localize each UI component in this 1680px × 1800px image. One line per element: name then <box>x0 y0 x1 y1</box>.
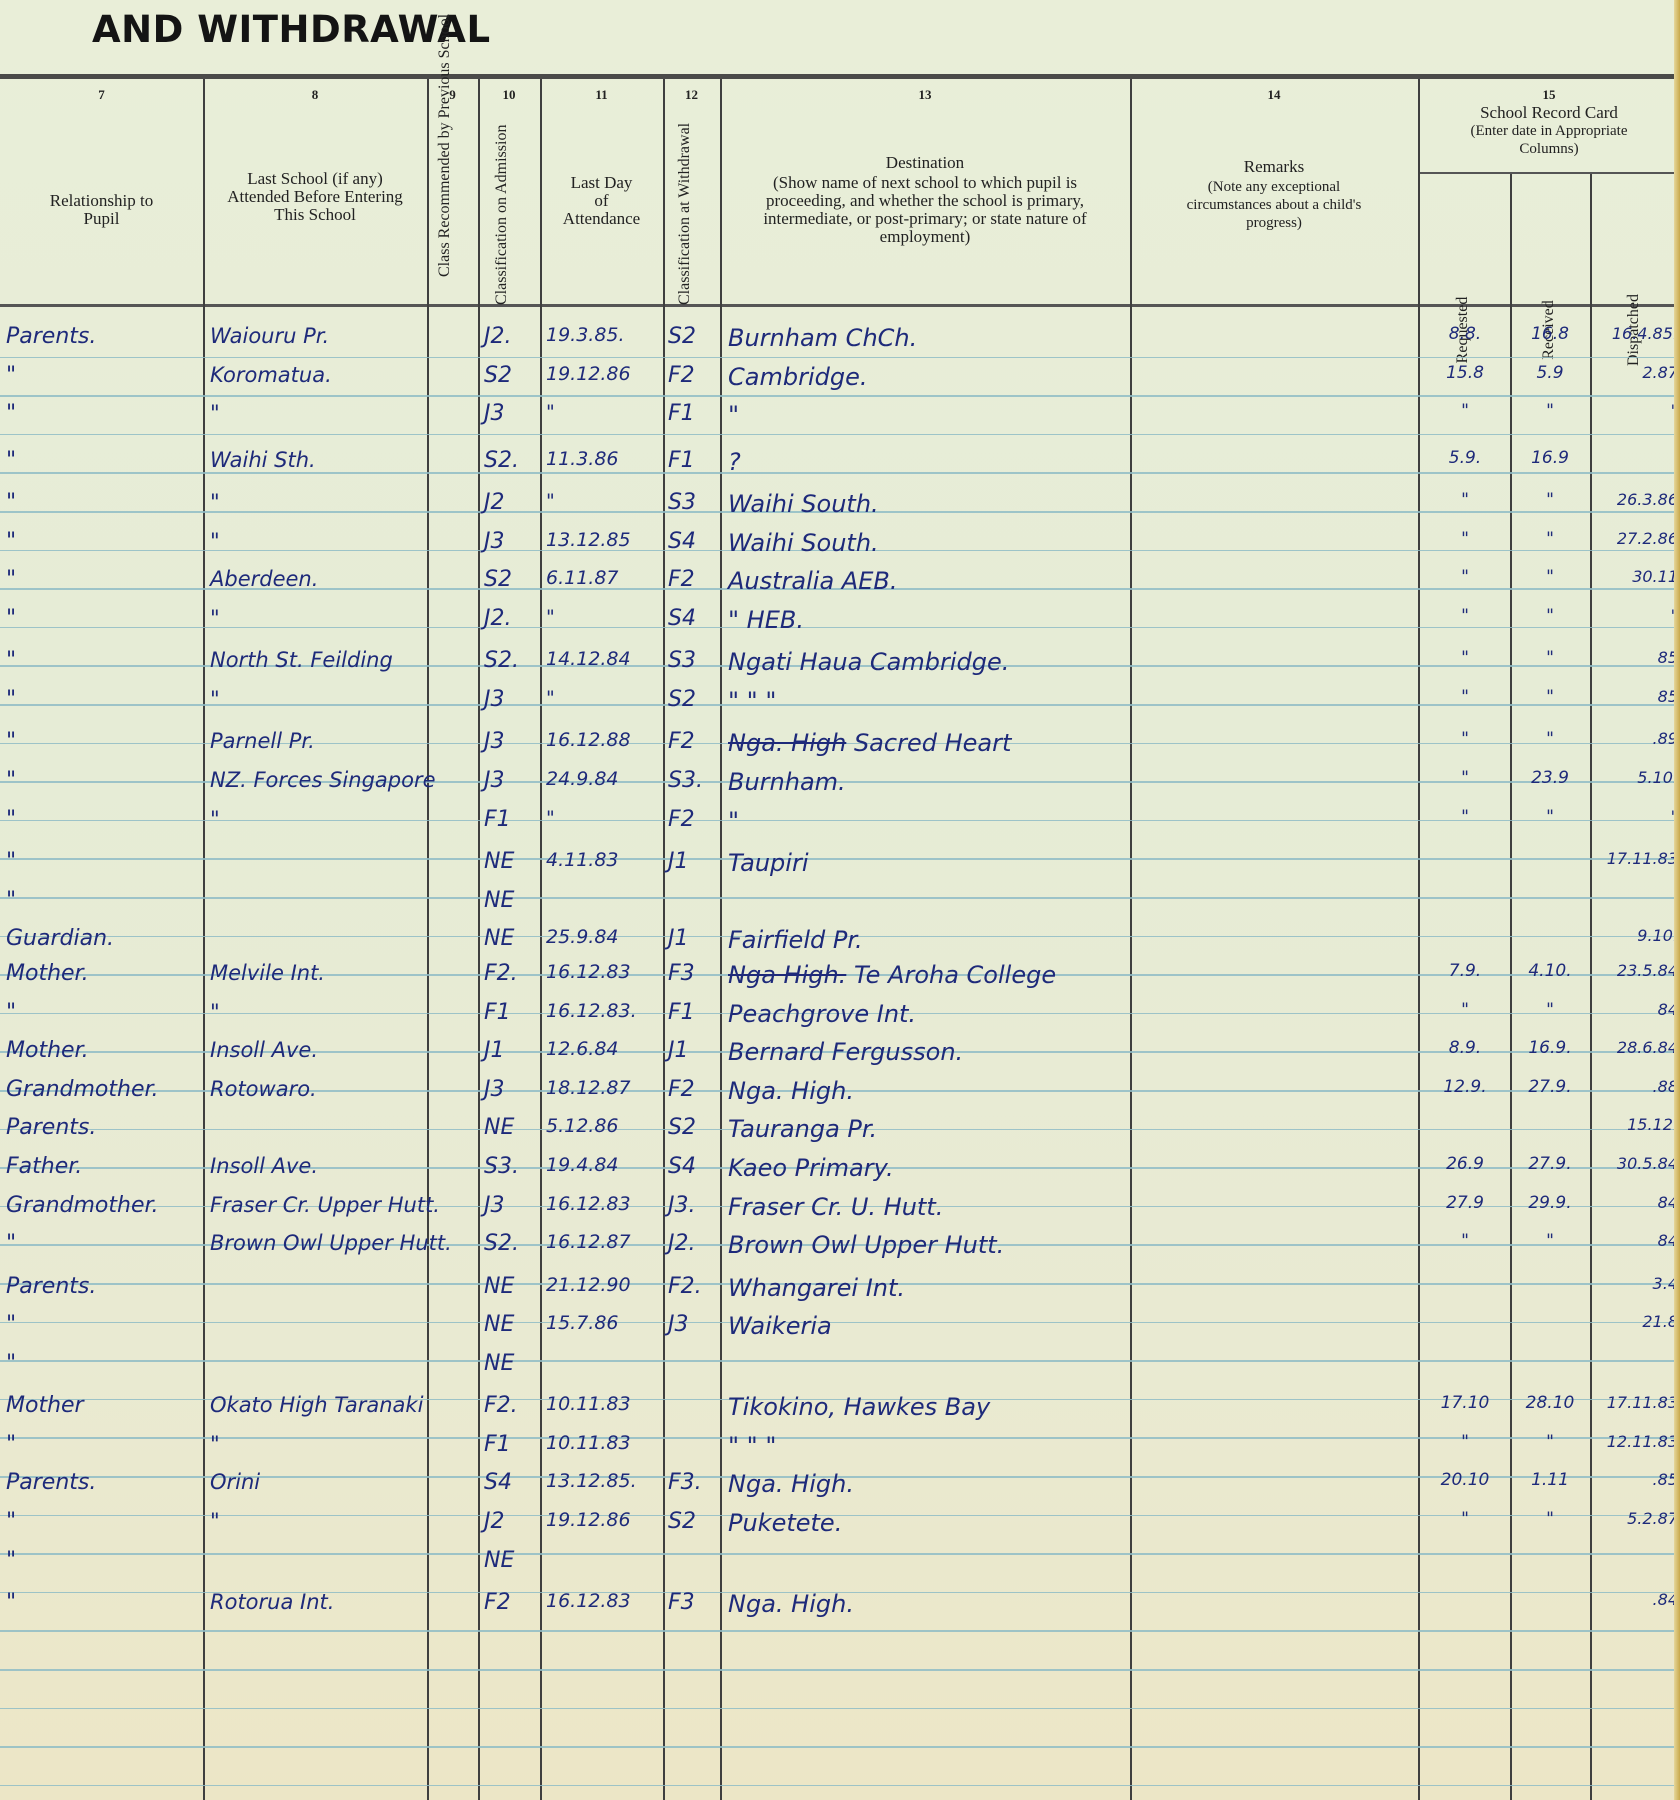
relationship-cell: " <box>6 648 201 673</box>
record-requested-cell: " <box>1424 401 1506 421</box>
relationship-cell: " <box>6 606 201 631</box>
record-received-cell: 16.9 <box>1514 448 1586 468</box>
class-admission-cell: F2. <box>484 1393 538 1418</box>
record-received-cell: " <box>1514 807 1586 827</box>
column-divider <box>663 79 665 1800</box>
record-requested-cell: 15.8 <box>1424 363 1506 383</box>
class-admission-cell: J3 <box>484 1193 538 1218</box>
class-withdrawal-cell: F2. <box>668 1274 718 1299</box>
record-dispatched-cell: " <box>1594 606 1678 625</box>
ruled-line <box>0 357 1680 359</box>
class-withdrawal-cell: S2 <box>668 1115 718 1140</box>
record-received-cell: " <box>1514 567 1586 587</box>
class-admission-cell: NE <box>484 1274 538 1299</box>
record-dispatched-cell: 85 <box>1594 687 1678 706</box>
column-divider <box>478 79 480 1800</box>
last-day-cell: 16.12.83 <box>546 1193 661 1215</box>
last-day-cell: 10.11.83 <box>546 1432 661 1454</box>
last-day-cell: 6.11.87 <box>546 567 661 589</box>
record-received-cell: " <box>1514 1231 1586 1251</box>
header-col-8: 8 Last School (if any) Attended Before E… <box>203 82 427 302</box>
record-requested-cell: " <box>1424 567 1506 587</box>
record-requested-cell: 8.9. <box>1424 1038 1506 1058</box>
record-received-cell: " <box>1514 1432 1586 1452</box>
destination-cell: Cambridge. <box>728 363 1128 391</box>
class-withdrawal-cell: F2 <box>668 1077 718 1102</box>
record-requested-cell: " <box>1424 1231 1506 1251</box>
relationship-cell: " <box>6 1351 201 1376</box>
record-received-cell: " <box>1514 606 1586 626</box>
record-received-cell: 23.9 <box>1514 768 1586 788</box>
relationship-cell: " <box>6 849 201 874</box>
last-day-cell: 19.3.85. <box>546 324 661 346</box>
last-school-cell: " <box>210 687 425 711</box>
last-school-cell: " <box>210 401 425 425</box>
last-day-cell: 16.12.83 <box>546 961 661 983</box>
ruled-line <box>0 395 1680 397</box>
last-day-cell: 19.12.86 <box>546 363 661 385</box>
last-day-cell: 25.9.84 <box>546 926 661 948</box>
class-admission-cell: S2 <box>484 567 538 592</box>
ruled-line <box>0 1630 1680 1632</box>
header-col-10: 10 Classification on Admission <box>478 82 540 302</box>
record-received-cell: " <box>1514 648 1586 668</box>
destination-cell: Brown Owl Upper Hutt. <box>728 1231 1128 1259</box>
destination-text: Sacred Heart <box>846 729 1011 757</box>
record-requested-cell: 5.9. <box>1424 448 1506 468</box>
header-col-7: 7 Relationship to Pupil <box>0 82 203 302</box>
class-admission-cell: F2 <box>484 1590 538 1615</box>
record-received-cell: 1.11 <box>1514 1470 1586 1490</box>
class-withdrawal-cell: F1 <box>668 401 718 426</box>
record-dispatched-cell: 12.11.83 <box>1594 1432 1678 1451</box>
last-school-cell: Brown Owl Upper Hutt. <box>210 1231 425 1255</box>
destination-cell: " HEB. <box>728 606 1128 634</box>
relationship-cell: " <box>6 1000 201 1025</box>
last-school-cell: " <box>210 807 425 831</box>
last-day-cell: 14.12.84 <box>546 648 661 670</box>
last-day-cell: 19.12.86 <box>546 1509 661 1531</box>
ruled-line <box>0 1553 1680 1555</box>
destination-cell: Nga. High. <box>728 1590 1128 1618</box>
last-day-cell: 15.7.86 <box>546 1312 661 1334</box>
last-day-cell: 16.12.83. <box>546 1000 661 1022</box>
record-dispatched-cell: 28.6.84 <box>1594 1038 1678 1057</box>
record-received-cell: " <box>1514 529 1586 549</box>
destination-cell: Bernard Fergusson. <box>728 1038 1128 1066</box>
destination-cell: Fraser Cr. U. Hutt. <box>728 1193 1128 1221</box>
class-withdrawal-cell: F1 <box>668 1000 718 1025</box>
class-withdrawal-cell: S4 <box>668 529 718 554</box>
class-withdrawal-cell: F1 <box>668 448 718 473</box>
record-requested-cell: " <box>1424 687 1506 707</box>
record-requested-cell: " <box>1424 606 1506 626</box>
last-day-cell: 12.6.84 <box>546 1038 661 1060</box>
record-requested-cell: 12.9. <box>1424 1077 1506 1097</box>
record-requested-cell: " <box>1424 529 1506 549</box>
class-withdrawal-cell: S2 <box>668 1509 718 1534</box>
record-dispatched-cell: 17.11.83 <box>1594 849 1678 868</box>
last-day-cell: 16.12.88 <box>546 729 661 751</box>
header-col-12: 12 Classification at Withdrawal <box>663 82 720 302</box>
record-received-cell: 28.10 <box>1514 1393 1586 1413</box>
destination-cell: Puketete. <box>728 1509 1128 1537</box>
ruled-line <box>0 1360 1680 1362</box>
record-dispatched-cell: .84 <box>1594 1590 1678 1609</box>
last-school-cell: Parnell Pr. <box>210 729 425 753</box>
last-school-cell: Rotorua Int. <box>210 1590 425 1614</box>
relationship-cell: Grandmother. <box>6 1077 201 1102</box>
class-admission-cell: NE <box>484 1115 538 1140</box>
destination-cell: Taupiri <box>728 849 1128 877</box>
class-admission-cell: S2. <box>484 648 538 673</box>
header-col-14: 14 Remarks (Note any exceptional circums… <box>1130 82 1418 302</box>
record-requested-cell: " <box>1424 1509 1506 1529</box>
relationship-cell: " <box>6 1312 201 1337</box>
destination-cell: " <box>728 807 1128 835</box>
header-dispatched: Dispatched <box>1590 174 1680 302</box>
destination-cell: Burnham ChCh. <box>728 324 1128 352</box>
struck-destination: Nga High. <box>728 961 846 989</box>
page-edge <box>1674 0 1680 1800</box>
class-withdrawal-cell: F2 <box>668 567 718 592</box>
record-requested-cell: 7.9. <box>1424 961 1506 981</box>
record-dispatched-cell: " <box>1594 401 1678 420</box>
column-divider <box>1510 174 1512 1800</box>
class-withdrawal-cell: F2 <box>668 363 718 388</box>
class-admission-cell: NE <box>484 926 538 951</box>
relationship-cell: " <box>6 1432 201 1457</box>
class-withdrawal-cell: J2. <box>668 1231 718 1256</box>
relationship-cell: " <box>6 1231 201 1256</box>
relationship-cell: " <box>6 807 201 832</box>
destination-cell: Kaeo Primary. <box>728 1154 1128 1182</box>
record-dispatched-cell: 17.11.83 <box>1594 1393 1678 1412</box>
header-col-13: 13 Destination (Show name of next school… <box>720 82 1130 302</box>
column-divider <box>1418 79 1420 1800</box>
destination-cell: Ngati Haua Cambridge. <box>728 648 1128 676</box>
relationship-cell: " <box>6 1590 201 1615</box>
relationship-cell: Father. <box>6 1154 201 1179</box>
class-withdrawal-cell: F2 <box>668 729 718 754</box>
destination-text: Te Aroha College <box>846 961 1056 989</box>
last-school-cell: " <box>210 529 425 553</box>
record-received-cell: 27.9. <box>1514 1077 1586 1097</box>
relationship-cell: Mother. <box>6 1038 201 1063</box>
header-received: Received <box>1510 174 1590 302</box>
record-received-cell: " <box>1514 401 1586 421</box>
destination-cell: Waikeria <box>728 1312 1128 1340</box>
record-dispatched-cell: " <box>1594 807 1678 826</box>
class-admission-cell: J3 <box>484 401 538 426</box>
relationship-cell: Guardian. <box>6 926 201 951</box>
ruled-line <box>0 1746 1680 1748</box>
class-withdrawal-cell: J1 <box>668 1038 718 1063</box>
record-received-cell: " <box>1514 729 1586 749</box>
class-withdrawal-cell: S3 <box>668 648 718 673</box>
class-admission-cell: S2 <box>484 363 538 388</box>
class-admission-cell: J1 <box>484 1038 538 1063</box>
destination-cell: Whangarei Int. <box>728 1274 1128 1302</box>
last-day-cell: " <box>546 807 661 829</box>
record-dispatched-cell: 84 <box>1594 1193 1678 1212</box>
last-day-cell: 18.12.87 <box>546 1077 661 1099</box>
last-day-cell: 13.12.85 <box>546 529 661 551</box>
relationship-cell: " <box>6 529 201 554</box>
relationship-cell: " <box>6 888 201 913</box>
last-day-cell: 10.11.83 <box>546 1393 661 1415</box>
relationship-cell: Grandmother. <box>6 1193 201 1218</box>
relationship-cell: Parents. <box>6 1115 201 1140</box>
last-day-cell: 11.3.86 <box>546 448 661 470</box>
destination-cell: Nga. High. <box>728 1470 1128 1498</box>
class-withdrawal-cell: S2 <box>668 687 718 712</box>
last-school-cell: " <box>210 1509 425 1533</box>
class-admission-cell: F1 <box>484 1432 538 1457</box>
relationship-cell: " <box>6 448 201 473</box>
record-requested-cell: 27.9 <box>1424 1193 1506 1213</box>
class-admission-cell: J3 <box>484 1077 538 1102</box>
last-day-cell: " <box>546 606 661 628</box>
record-dispatched-cell: 30.11 <box>1594 567 1678 586</box>
last-school-cell: Waiouru Pr. <box>210 324 425 348</box>
record-requested-cell: " <box>1424 807 1506 827</box>
class-admission-cell: S4 <box>484 1470 538 1495</box>
class-admission-cell: S3. <box>484 1154 538 1179</box>
relationship-cell: Mother <box>6 1393 201 1418</box>
destination-cell: " " " <box>728 687 1128 715</box>
column-divider <box>720 79 722 1800</box>
record-requested-cell: " <box>1424 648 1506 668</box>
destination-cell: " " " <box>728 1432 1128 1460</box>
record-dispatched-cell: .85 <box>1594 1470 1678 1489</box>
class-withdrawal-cell: F3 <box>668 961 718 986</box>
class-admission-cell: NE <box>484 1548 538 1573</box>
last-day-cell: " <box>546 687 661 709</box>
last-school-cell: " <box>210 606 425 630</box>
header-requested: Requested <box>1418 174 1510 302</box>
top-rule <box>0 74 1680 79</box>
column-divider <box>1130 79 1132 1800</box>
destination-cell: ? <box>728 448 1128 476</box>
class-admission-cell: F1 <box>484 807 538 832</box>
last-school-cell: Insoll Ave. <box>210 1038 425 1062</box>
class-admission-cell: J2. <box>484 324 538 349</box>
relationship-cell: " <box>6 1548 201 1573</box>
destination-cell: Australia AEB. <box>728 567 1128 595</box>
class-withdrawal-cell: J1 <box>668 849 718 874</box>
class-withdrawal-cell: S2 <box>668 324 718 349</box>
class-withdrawal-cell: S3. <box>668 768 718 793</box>
relationship-cell: " <box>6 567 201 592</box>
last-school-cell: " <box>210 1432 425 1456</box>
last-school-cell: " <box>210 1000 425 1024</box>
last-school-cell: Waihi Sth. <box>210 448 425 472</box>
last-school-cell: Orini <box>210 1470 425 1494</box>
class-admission-cell: J3 <box>484 529 538 554</box>
record-dispatched-cell: 85 <box>1594 648 1678 667</box>
record-requested-cell: 8.8. <box>1424 324 1506 344</box>
record-requested-cell: " <box>1424 1432 1506 1452</box>
class-withdrawal-cell: S3 <box>668 490 718 515</box>
record-requested-cell: 26.9 <box>1424 1154 1506 1174</box>
class-admission-cell: NE <box>484 1312 538 1337</box>
last-school-cell: Insoll Ave. <box>210 1154 425 1178</box>
record-dispatched-cell: 27.2.86 <box>1594 529 1678 548</box>
last-day-cell: 13.12.85. <box>546 1470 661 1492</box>
class-withdrawal-cell: F3 <box>668 1590 718 1615</box>
record-dispatched-cell: 16.4.85. <box>1594 324 1678 343</box>
header-col-9: 9 Class Recommended by Previous School <box>427 82 478 302</box>
record-dispatched-cell: 26.3.86 <box>1594 490 1678 509</box>
last-day-cell: " <box>546 490 661 512</box>
header-col-11: 11 Last Day of Attendance <box>540 82 663 302</box>
record-received-cell: 27.9. <box>1514 1154 1586 1174</box>
class-admission-cell: J3 <box>484 768 538 793</box>
page-title: AND WITHDRAWAL <box>92 8 491 51</box>
record-dispatched-cell: .89 <box>1594 729 1678 748</box>
record-dispatched-cell: 84 <box>1594 1000 1678 1019</box>
destination-cell: " <box>728 401 1128 429</box>
last-school-cell: Fraser Cr. Upper Hutt. <box>210 1193 425 1217</box>
class-admission-cell: S2. <box>484 1231 538 1256</box>
destination-cell: Waihi South. <box>728 490 1128 518</box>
relationship-cell: " <box>6 768 201 793</box>
destination-cell: Fairfield Pr. <box>728 926 1128 954</box>
record-received-cell: " <box>1514 687 1586 707</box>
column-divider <box>540 79 542 1800</box>
last-school-cell: Koromatua. <box>210 363 425 387</box>
header-col-15: 15 School Record Card (Enter date in App… <box>1418 82 1680 172</box>
relationship-cell: Parents. <box>6 324 201 349</box>
last-school-cell: Aberdeen. <box>210 567 425 591</box>
relationship-cell: Parents. <box>6 1470 201 1495</box>
ruled-line <box>0 897 1680 899</box>
destination-cell: Tauranga Pr. <box>728 1115 1128 1143</box>
relationship-cell: Parents. <box>6 1274 201 1299</box>
destination-cell: Waihi South. <box>728 529 1128 557</box>
record-received-cell: 5.9 <box>1514 363 1586 383</box>
record-dispatched-cell: .88 <box>1594 1077 1678 1096</box>
relationship-cell: " <box>6 1509 201 1534</box>
record-requested-cell: " <box>1424 768 1506 788</box>
destination-cell: Nga High. Te Aroha College <box>728 961 1128 989</box>
record-dispatched-cell: 5.10. <box>1594 768 1678 787</box>
relationship-cell: " <box>6 729 201 754</box>
record-received-cell: 29.9. <box>1514 1193 1586 1213</box>
last-day-cell: 24.9.84 <box>546 768 661 790</box>
destination-cell: Nga. High Sacred Heart <box>728 729 1128 757</box>
ruled-line <box>0 1669 1680 1671</box>
class-admission-cell: J3 <box>484 687 538 712</box>
record-dispatched-cell: 9.10. <box>1594 926 1678 945</box>
class-withdrawal-cell: S4 <box>668 1154 718 1179</box>
class-admission-cell: S2. <box>484 448 538 473</box>
class-withdrawal-cell: S4 <box>668 606 718 631</box>
class-admission-cell: NE <box>484 888 538 913</box>
record-requested-cell: " <box>1424 1000 1506 1020</box>
record-dispatched-cell: 15.12. <box>1594 1115 1678 1134</box>
record-received-cell: " <box>1514 1000 1586 1020</box>
class-withdrawal-cell: J3. <box>668 1193 718 1218</box>
class-withdrawal-cell: J1 <box>668 926 718 951</box>
record-dispatched-cell: 21.8 <box>1594 1312 1678 1331</box>
class-admission-cell: J2. <box>484 606 538 631</box>
destination-cell: Peachgrove Int. <box>728 1000 1128 1028</box>
ruled-line <box>0 1785 1680 1787</box>
column-divider <box>1590 174 1592 1800</box>
last-day-cell: 19.4.84 <box>546 1154 661 1176</box>
last-school-cell: Okato High Taranaki <box>210 1393 425 1417</box>
record-received-cell: 16.9. <box>1514 1038 1586 1058</box>
relationship-cell: " <box>6 401 201 426</box>
last-school-cell: " <box>210 490 425 514</box>
destination-cell: Nga. High. <box>728 1077 1128 1105</box>
last-school-cell: Rotowaro. <box>210 1077 425 1101</box>
last-school-cell: Melvile Int. <box>210 961 425 985</box>
struck-destination: Nga. High <box>728 729 846 757</box>
record-dispatched-cell: 23.5.84 <box>1594 961 1678 980</box>
ruled-line <box>0 434 1680 436</box>
record-received-cell: 4.10. <box>1514 961 1586 981</box>
class-admission-cell: NE <box>484 849 538 874</box>
destination-cell: Tikokino, Hawkes Bay <box>728 1393 1128 1421</box>
record-dispatched-cell: 3.4 <box>1594 1274 1678 1293</box>
record-dispatched-cell: 2.87 <box>1594 363 1678 382</box>
class-admission-cell: J2 <box>484 490 538 515</box>
last-day-cell: 5.12.86 <box>546 1115 661 1137</box>
record-dispatched-cell: 84 <box>1594 1231 1678 1250</box>
class-admission-cell: J3 <box>484 729 538 754</box>
last-day-cell: 16.12.83 <box>546 1590 661 1612</box>
record-dispatched-cell: 5.2.87 <box>1594 1509 1678 1528</box>
class-withdrawal-cell: F2 <box>668 807 718 832</box>
record-requested-cell: 20.10 <box>1424 1470 1506 1490</box>
class-admission-cell: F1 <box>484 1000 538 1025</box>
column-divider <box>203 79 205 1800</box>
relationship-cell: " <box>6 363 201 388</box>
class-admission-cell: J2 <box>484 1509 538 1534</box>
last-day-cell: " <box>546 401 661 423</box>
record-requested-cell: 17.10 <box>1424 1393 1506 1413</box>
class-admission-cell: NE <box>484 1351 538 1376</box>
record-dispatched-cell: 30.5.84 <box>1594 1154 1678 1173</box>
record-received-cell: 16.8 <box>1514 324 1586 344</box>
relationship-cell: Mother. <box>6 961 201 986</box>
last-day-cell: 21.12.90 <box>546 1274 661 1296</box>
relationship-cell: " <box>6 490 201 515</box>
last-school-cell: North St. Feilding <box>210 648 425 672</box>
class-admission-cell: F2. <box>484 961 538 986</box>
record-requested-cell: " <box>1424 490 1506 510</box>
record-requested-cell: " <box>1424 729 1506 749</box>
last-school-cell: NZ. Forces Singapore <box>210 768 425 792</box>
record-received-cell: " <box>1514 490 1586 510</box>
last-day-cell: 16.12.87 <box>546 1231 661 1253</box>
ruled-line <box>0 1708 1680 1710</box>
destination-cell: Burnham. <box>728 768 1128 796</box>
header-rule <box>0 304 1680 307</box>
record-received-cell: " <box>1514 1509 1586 1529</box>
relationship-cell: " <box>6 687 201 712</box>
column-divider <box>427 79 429 1800</box>
class-withdrawal-cell: F3. <box>668 1470 718 1495</box>
class-withdrawal-cell: J3 <box>668 1312 718 1337</box>
last-day-cell: 4.11.83 <box>546 849 661 871</box>
